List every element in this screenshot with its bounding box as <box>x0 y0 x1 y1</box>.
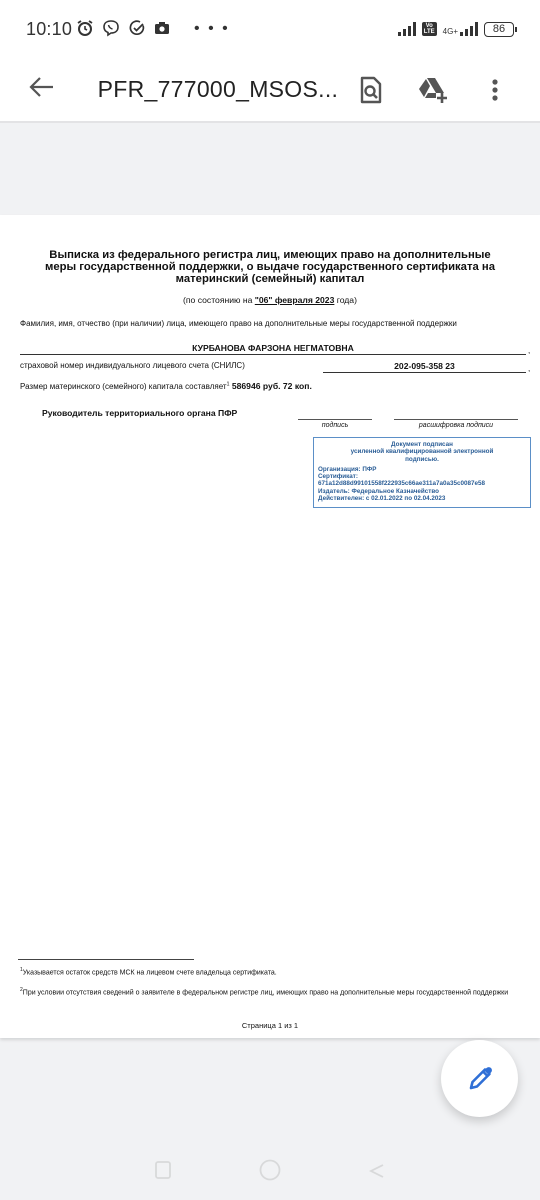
battery-icon: 86 <box>484 22 514 37</box>
capital-line: Размер материнского (семейного) капитала… <box>20 381 312 391</box>
drive-add-icon <box>417 76 449 104</box>
network-type-label: 4G+ <box>443 28 458 36</box>
notification-icons: • • • <box>76 19 230 40</box>
stamp-valid: Действителен: с 02.01.2022 по 02.04.2023 <box>318 495 526 502</box>
arrow-left-icon <box>29 76 55 98</box>
footnote-1-text: Указывается остаток средств МСК на лицев… <box>23 969 277 976</box>
signature-line <box>298 419 372 420</box>
snils-comma: , <box>528 364 530 373</box>
capital-label: Размер материнского (семейного) капитала… <box>20 382 227 391</box>
head-label: Руководитель территориального органа ПФР <box>42 408 237 418</box>
stamp-certificate: 671a12d88d99101558f222935c66ae311a7a0a35… <box>318 480 526 487</box>
status-bar: 10:10 • • • VoLTE 4G+ <box>0 0 540 58</box>
pdf-viewer[interactable]: Выписка из федерального регистра лиц, им… <box>0 123 540 1200</box>
recents-button[interactable] <box>148 1155 178 1185</box>
page-indicator: Страница 1 из 1 <box>0 1021 540 1030</box>
capital-value: 586946 руб. 72 коп. <box>232 381 312 391</box>
footnote-2-text: При условии отсутствия сведений о заявит… <box>23 989 508 996</box>
stamp-issuer: Издатель: Федеральное Казначейство <box>318 488 526 495</box>
check-circle-icon <box>128 19 146 40</box>
signature-decode-line <box>394 419 518 420</box>
back-nav-icon <box>367 1160 387 1180</box>
system-indicators: VoLTE 4G+ 86 <box>398 22 514 37</box>
system-nav-bar <box>0 1140 540 1200</box>
as-of-date-line: (по состоянию на "06" февраля 2023 года) <box>0 295 540 305</box>
stamp-title-3: подписью. <box>318 456 526 463</box>
signature-caption: подпись <box>298 422 372 429</box>
snils-label: страховой номер индивидуального лицевого… <box>20 361 245 370</box>
camera-icon <box>154 20 170 39</box>
find-in-document-button[interactable] <box>340 70 402 110</box>
signal-sim2-icon: 4G+ <box>443 22 478 36</box>
signature-decode-caption: расшифровка подписи <box>394 422 518 429</box>
screen: 10:10 • • • VoLTE 4G+ <box>0 0 540 1200</box>
viber-icon <box>102 19 120 40</box>
document-search-icon <box>359 76 383 104</box>
alarm-icon <box>76 19 94 40</box>
pencil-icon <box>466 1065 494 1093</box>
snils-value: 202-095-358 23 <box>323 361 526 373</box>
footnote-divider <box>18 959 194 960</box>
as-of-prefix: (по состоянию на <box>183 295 252 305</box>
app-bar: PFR_777000_MSOS... <box>0 58 540 123</box>
electronic-signature-stamp: Документ подписан усиленной квалифициров… <box>313 437 531 508</box>
recents-icon <box>154 1160 172 1180</box>
fio-label: Фамилия, имя, отчество (при наличии) лиц… <box>20 319 510 330</box>
more-notifications-icon: • • • <box>194 20 230 38</box>
home-button[interactable] <box>255 1155 285 1185</box>
more-options-button[interactable] <box>464 70 526 110</box>
volte-icon: VoLTE <box>422 22 437 36</box>
back-nav-button[interactable] <box>362 1155 392 1185</box>
stamp-organization: Организация: ПФР <box>318 466 526 473</box>
signal-sim1-icon <box>398 22 416 36</box>
as-of-date: "06" февраля 2023 <box>255 295 335 305</box>
capital-footnote-mark: 1 <box>227 381 230 387</box>
document-title: PFR_777000_MSOS... <box>98 76 340 103</box>
as-of-suffix: года) <box>337 295 357 305</box>
home-icon <box>258 1158 282 1182</box>
pdf-page: Выписка из федерального регистра лиц, им… <box>0 215 540 1038</box>
document-heading: Выписка из федерального регистра лиц, им… <box>40 249 500 285</box>
stamp-title-2: усиленной квалифицированной электронной <box>318 448 526 455</box>
edit-fab-button[interactable] <box>441 1040 518 1117</box>
more-vert-icon <box>491 78 499 102</box>
fio-comma: , <box>528 346 530 355</box>
back-button[interactable] <box>22 74 62 105</box>
add-to-drive-button[interactable] <box>402 70 464 110</box>
footnote-1: 1Указывается остаток средств МСК на лице… <box>20 967 277 976</box>
fio-value: КУРБАНОВА ФАРЗОНА НЕГМАТОВНА <box>20 343 526 355</box>
stamp-certificate-label: Сертификат: <box>318 473 526 480</box>
status-time: 10:10 <box>26 19 72 40</box>
footnote-2: 2При условии отсутствия сведений о заяви… <box>20 985 532 998</box>
app-bar-actions <box>340 70 526 110</box>
